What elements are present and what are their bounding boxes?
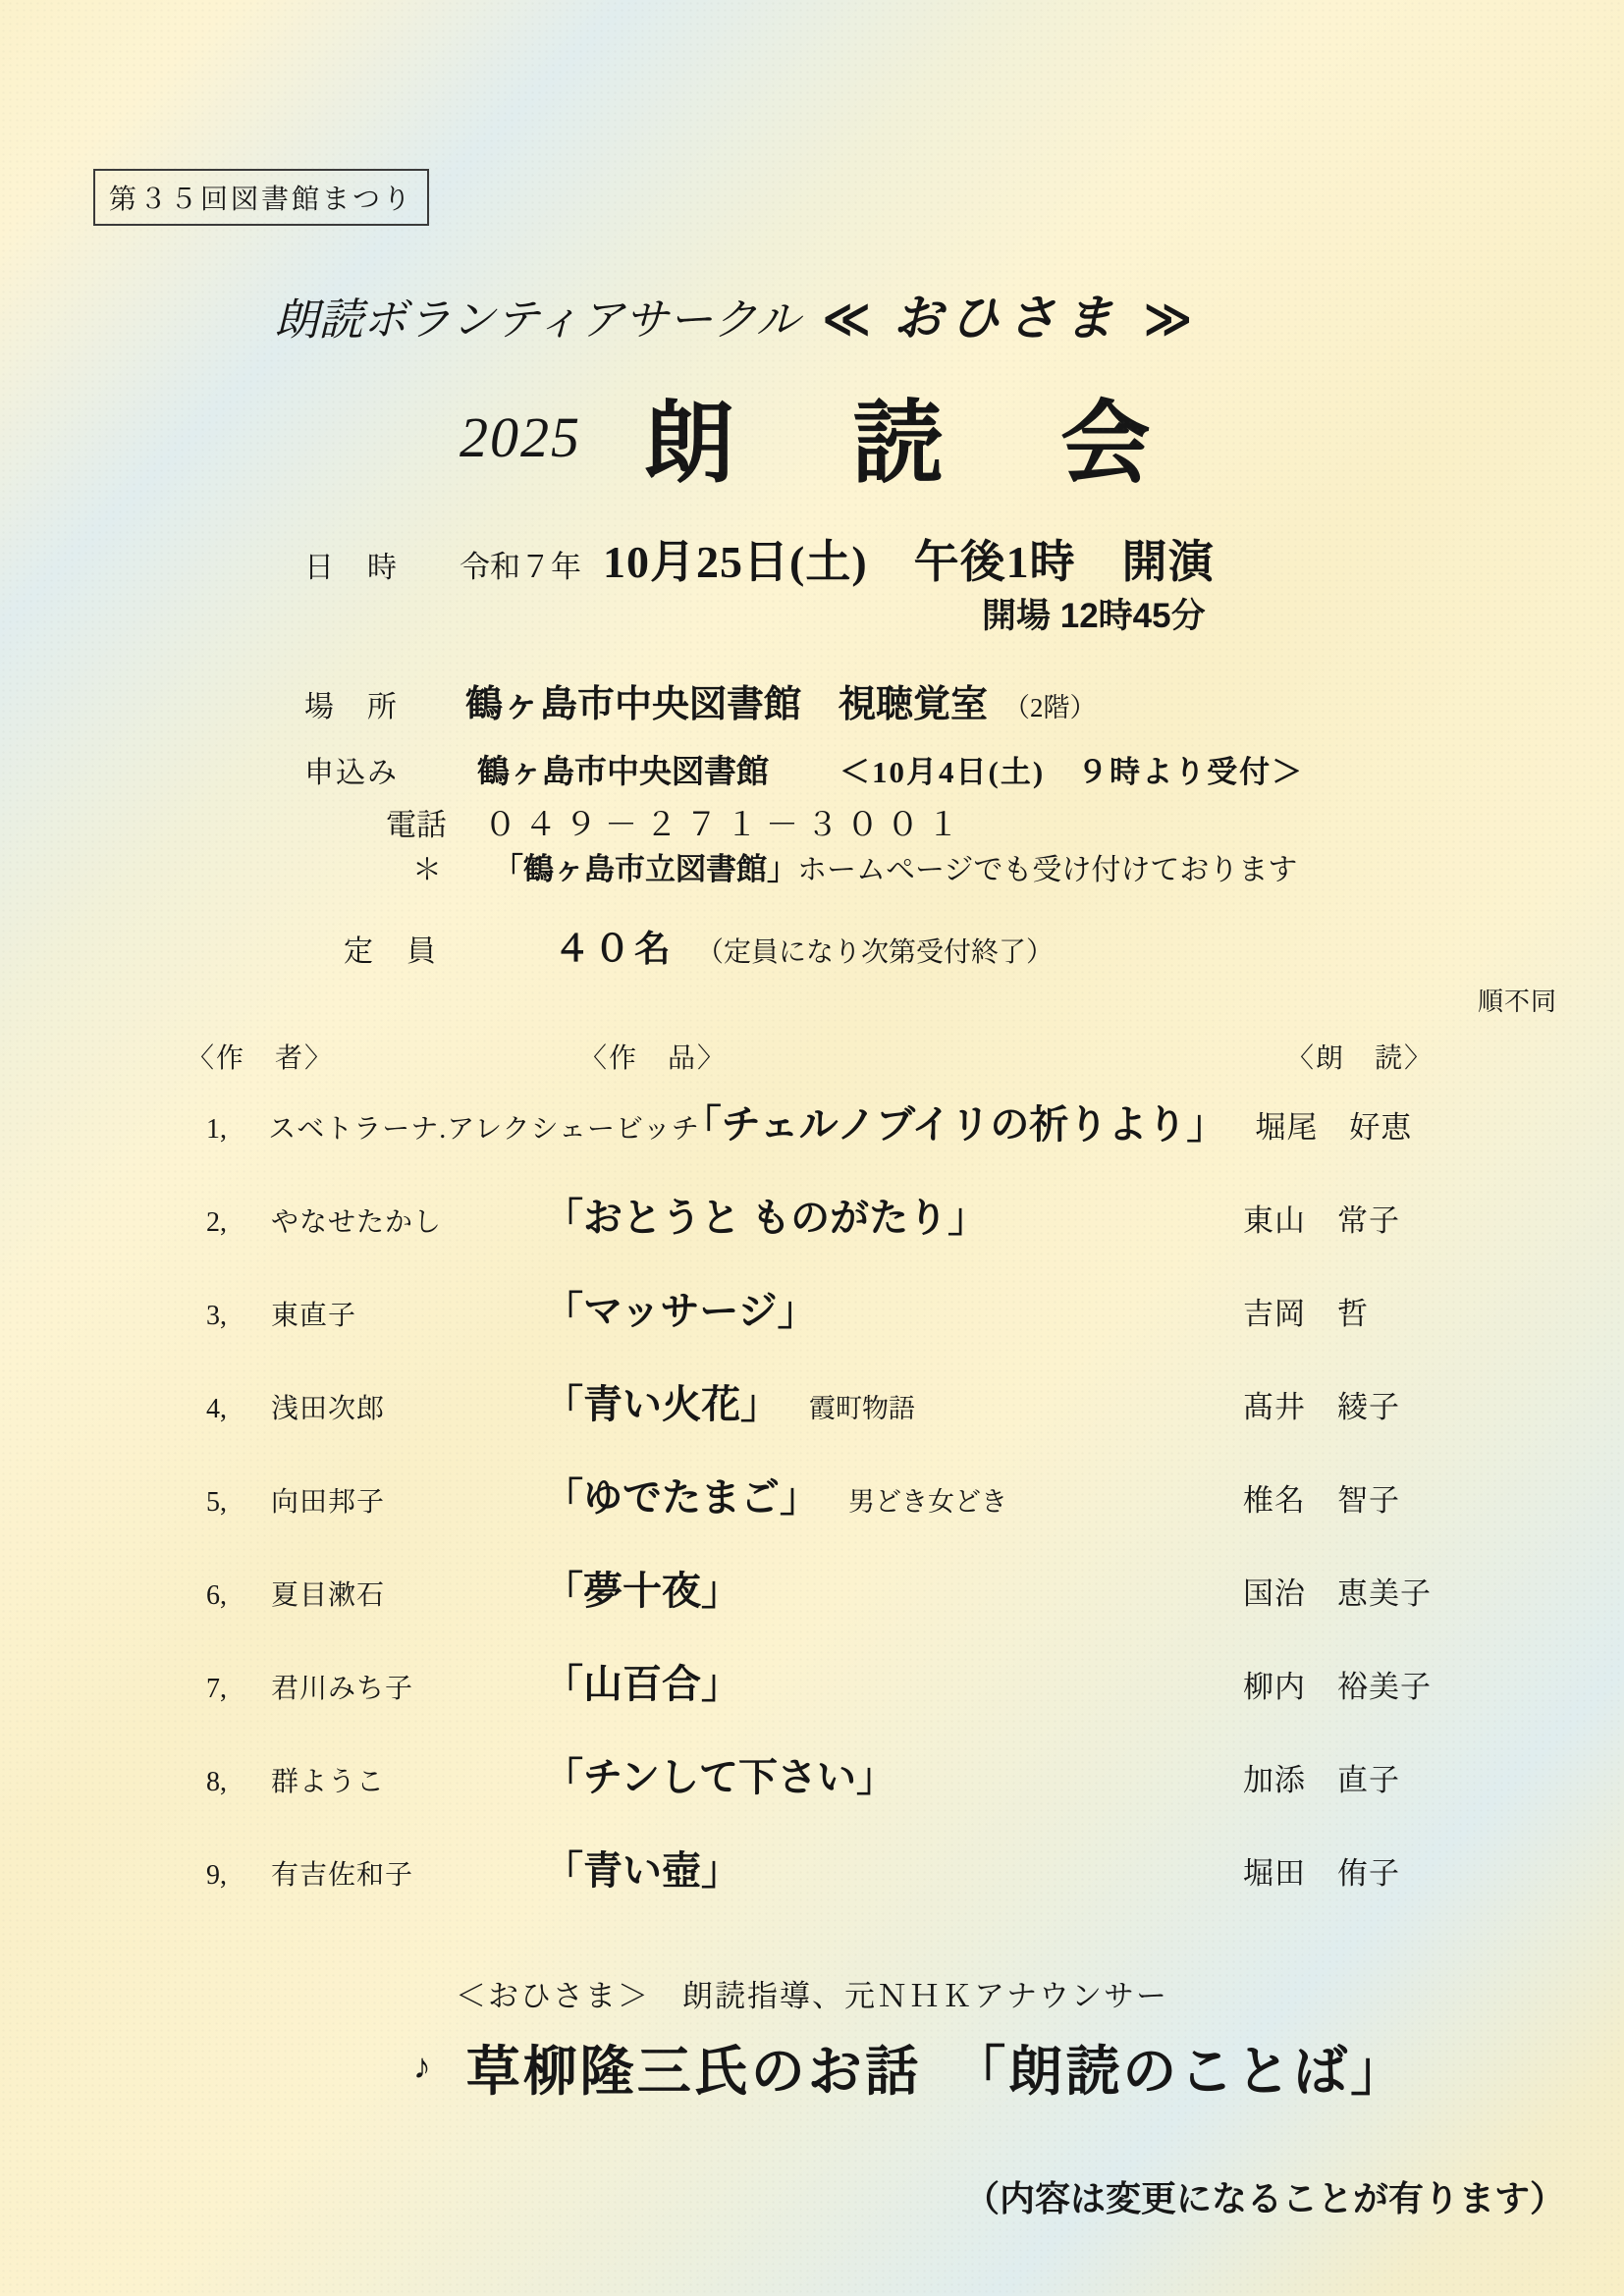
program-row-number: 7,	[206, 1666, 271, 1713]
web-note-row: ＊ 「鶴ヶ島市立図書館」 ホームページでも受け付けております	[412, 844, 1297, 888]
program-row: 9, 有吉佐和子 「青い壺」 堀田 侑子	[206, 1847, 1538, 1899]
program-row-reader: 堀尾 好恵	[1255, 1104, 1538, 1151]
program-row-work-title: 「山百合」	[544, 1661, 740, 1708]
program-row-number: 3,	[206, 1293, 271, 1340]
doors-open-note: 開場 12時45分	[982, 589, 1206, 638]
program-row-work-subtitle: 霞町物語	[809, 1385, 915, 1432]
program-row-work-title: 「ゆでたまご」	[544, 1474, 819, 1522]
program-row: 4, 浅田次郎 「青い火花」 霞町物語 髙井 綾子	[206, 1381, 1538, 1433]
circle-name: おひさま	[893, 291, 1121, 346]
program-row-author: 群ようこ	[271, 1759, 544, 1806]
web-note-text: ホームページでも受け付けております	[797, 845, 1297, 888]
phone-label: 電話	[386, 800, 447, 844]
place-row: 場 所 鶴ヶ島市中央図書館 視聴覚室 （2階）	[304, 673, 1097, 727]
capacity-note: （定員になり次第受付終了）	[696, 931, 1054, 970]
program-row-author: 夏目漱石	[271, 1573, 544, 1620]
column-header-reader: 〈朗 読〉	[1286, 1037, 1434, 1076]
program-row-author: 向田邦子	[271, 1479, 544, 1526]
program-row-work-title: 「青い火花」	[544, 1381, 780, 1428]
program-row-number: 2,	[206, 1200, 271, 1247]
asterisk-mark: ＊	[412, 845, 442, 888]
place-floor: （2階）	[1003, 686, 1097, 724]
capacity-value: ４０名	[554, 919, 675, 972]
program-row-reader: 堀田 侑子	[1243, 1850, 1538, 1897]
program-row-work-title: 「チェルノブイリの祈りより」	[682, 1101, 1226, 1148]
apply-label: 申込み	[304, 748, 399, 791]
program-row-reader: 加添 直子	[1243, 1757, 1538, 1804]
program-row-author: 東直子	[271, 1293, 544, 1340]
datetime-era: 令和７年	[460, 542, 581, 586]
program-rows: 1, スベトラーナ.アレクシェービッチ 「チェルノブイリの祈りより」 堀尾 好恵…	[206, 1101, 1538, 1941]
datetime-value: 10月25日(土) 午後1時 開演	[603, 526, 1215, 591]
program-row-reader: 柳内 裕美子	[1243, 1664, 1538, 1711]
apply-venue: 鶴ヶ島市中央図書館	[477, 746, 769, 792]
program-row: 8, 群ようこ 「チンして下さい」 加添 直子	[206, 1754, 1538, 1806]
order-note: 順不同	[1478, 982, 1557, 1018]
program-row-reader: 椎名 智子	[1243, 1477, 1538, 1524]
program-row-reader: 髙井 綾子	[1243, 1384, 1538, 1431]
program-row-number: 8,	[206, 1759, 271, 1806]
program-row-author: スベトラーナ.アレクシェービッチ	[268, 1106, 682, 1153]
program-row-reader: 吉岡 哲	[1243, 1291, 1538, 1338]
program-row-work-title: 「青い壺」	[544, 1847, 740, 1895]
phone-number: ０４９－２７１－３００１	[484, 799, 967, 845]
event-year: 2025	[460, 405, 581, 469]
guest-talk-line: ♪草柳隆三氏のお話 「朗読のことば」	[196, 2028, 1624, 2106]
guest-talk-text: 草柳隆三氏のお話 「朗読のことば」	[466, 2042, 1408, 2102]
program-row-work-title: 「おとうと ものがたり」	[544, 1195, 987, 1242]
program-row-number: 4,	[206, 1386, 271, 1433]
music-note-icon: ♪	[413, 2047, 431, 2086]
program-row: 3, 東直子 「マッサージ」 吉岡 哲	[206, 1288, 1538, 1340]
group-leader-line: ＜おひさま＞ 朗読指導、元ＮＨＫアナウンサー	[0, 1971, 1624, 2015]
flyer-page: 第３５回図書館まつり 朗読ボランティアサークル ≪ おひさま ≫ 2025朗 読…	[0, 0, 1624, 2296]
program-row-author: 君川みち子	[271, 1666, 544, 1713]
datetime-label: 日 時	[304, 543, 399, 586]
column-header-work: 〈作 品〉	[579, 1037, 727, 1076]
apply-period: ＜10月4日(土) ９時より受付＞	[839, 747, 1304, 791]
program-row-number: 5,	[206, 1479, 271, 1526]
program-row-work-title: 「チンして下さい」	[544, 1754, 895, 1801]
program-row: 5, 向田邦子 「ゆでたまご」 男どき女どき 椎名 智子	[206, 1474, 1538, 1526]
program-row-number: 9,	[206, 1852, 271, 1899]
program-row-work-title: 「夢十夜」	[544, 1568, 740, 1615]
program-row: 7, 君川みち子 「山百合」 柳内 裕美子	[206, 1661, 1538, 1713]
program-row-author: 有吉佐和子	[271, 1852, 544, 1899]
capacity-label: 定 員	[344, 927, 438, 970]
program-row-work-title: 「マッサージ」	[544, 1288, 817, 1335]
program-row: 6, 夏目漱石 「夢十夜」 国治 恵美子	[206, 1568, 1538, 1620]
program-row-author: 浅田次郎	[271, 1386, 544, 1433]
disclaimer-note: （内容は変更になることが有ります）	[964, 2171, 1565, 2221]
event-title-line: 2025朗 読 会	[0, 371, 1624, 501]
program-column-headers: 〈作 者〉 〈作 品〉 〈朗 読〉	[0, 1037, 1624, 1076]
program-row-number: 1,	[206, 1106, 268, 1153]
place-venue: 鶴ヶ島市中央図書館 視聴覚室	[465, 673, 988, 727]
program-row-author: やなせたかし	[271, 1200, 544, 1247]
program-row-reader: 東山 常子	[1243, 1198, 1538, 1245]
close-guillemet-mark: ≫	[1143, 294, 1192, 346]
program-row: 2, やなせたかし 「おとうと ものがたり」 東山 常子	[206, 1195, 1538, 1247]
open-guillemet-mark: ≪	[822, 294, 871, 346]
datetime-row: 日 時 令和７年 10月25日(土) 午後1時 開演	[304, 526, 1215, 591]
program-row-reader: 国治 恵美子	[1243, 1571, 1538, 1618]
column-header-author: 〈作 者〉	[187, 1037, 334, 1076]
place-label: 場 所	[304, 682, 399, 725]
capacity-row: 定 員 ４０名 （定員になり次第受付終了）	[344, 919, 1054, 972]
festival-badge: 第３５回図書館まつり	[93, 169, 429, 226]
web-note-library-name: 「鶴ヶ島市立図書館」	[493, 844, 797, 888]
event-title: 朗 読 会	[644, 394, 1164, 494]
program-row-work-subtitle: 男どき女どき	[848, 1478, 1007, 1525]
phone-row: 電話 ０４９－２７１－３００１	[386, 799, 967, 845]
circle-subtitle-prefix: 朗読ボランティアサークル	[274, 294, 799, 345]
apply-row: 申込み 鶴ヶ島市中央図書館 ＜10月4日(土) ９時より受付＞	[304, 746, 1304, 792]
program-row-number: 6,	[206, 1573, 271, 1620]
circle-subtitle: 朗読ボランティアサークル ≪ おひさま ≫	[0, 279, 1477, 349]
program-row: 1, スベトラーナ.アレクシェービッチ 「チェルノブイリの祈りより」 堀尾 好恵	[206, 1101, 1538, 1153]
